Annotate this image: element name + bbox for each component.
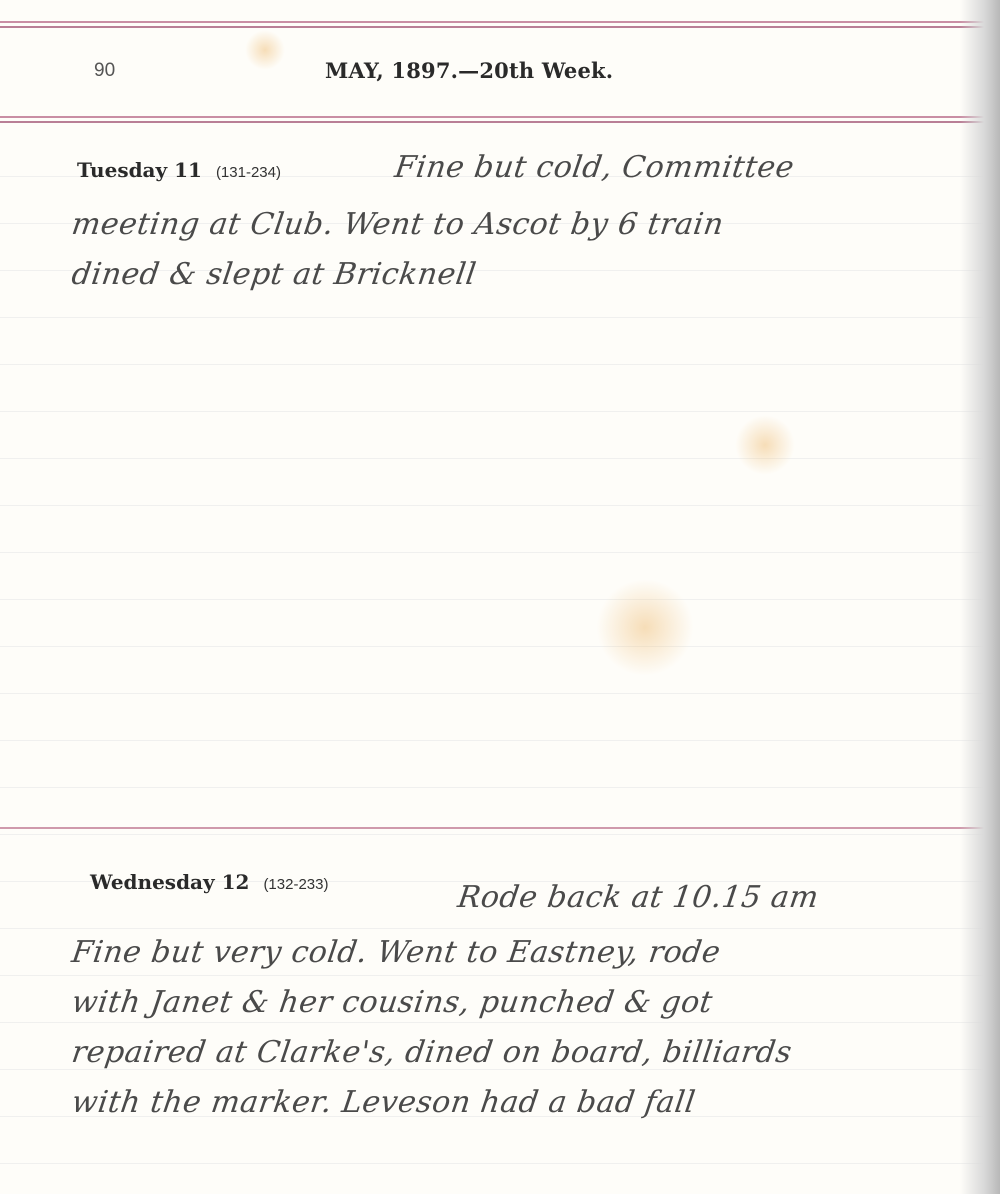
page-title: MAY, 1897.—20th Week. (325, 58, 613, 83)
handwriting-line: Rode back at 10.15 am (456, 880, 821, 915)
page-spine-shadow (960, 0, 1000, 1194)
header-rule-top (0, 21, 1000, 28)
handwriting-line: dined & slept at Bricknell (70, 257, 479, 292)
handwriting-line: with Janet & her cousins, punched & got (70, 985, 715, 1020)
day-count: (132-233) (263, 876, 328, 893)
handwriting-line: Fine but cold, Committee (393, 150, 797, 185)
day-divider (0, 827, 1000, 829)
page-number: 90 (94, 60, 115, 82)
day-name: Wednesday 12 (90, 870, 249, 894)
handwriting-line: with the marker. Leveson had a bad fall (70, 1085, 698, 1120)
diary-page: 90 MAY, 1897.—20th Week. Tuesday 11 (131… (0, 0, 1000, 1194)
paper-stain (595, 580, 695, 675)
day-count: (131-234) (216, 164, 281, 181)
handwriting-line: meeting at Club. Went to Ascot by 6 trai… (70, 207, 726, 242)
paper-stain (245, 30, 285, 70)
handwriting-line: repaired at Clarke's, dined on board, bi… (70, 1035, 795, 1070)
handwriting-line: Fine but very cold. Went to Eastney, rod… (70, 935, 723, 970)
paper-stain (735, 415, 795, 475)
day-heading-wednesday: Wednesday 12 (132-233) (90, 870, 328, 894)
day-heading-tuesday: Tuesday 11 (131-234) (77, 158, 281, 182)
header-rule-bottom (0, 116, 1000, 123)
day-name: Tuesday 11 (77, 158, 202, 182)
